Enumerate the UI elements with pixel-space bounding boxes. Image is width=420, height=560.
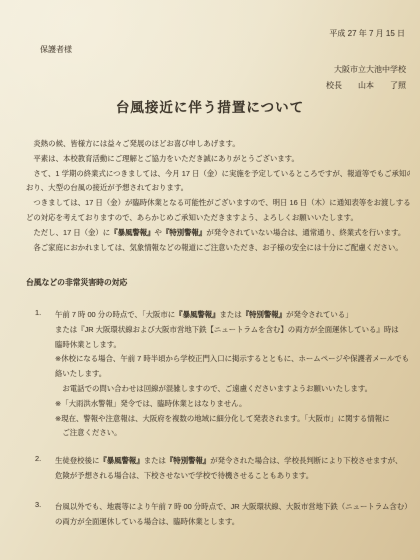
list-item: 2. 生徒登校後に『暴風警報』または『特別警報』が発令された場合は、学校長判断に… — [26, 454, 410, 484]
list-item-body: 午前 7 時 00 分の時点で、「大阪市に『暴風警報』または『特別警報』が発令さ… — [55, 308, 410, 441]
sender-block: 大阪市立大池中学校 校長 山本 了照 — [326, 62, 406, 94]
recipient-label: 保護者様 — [40, 44, 72, 55]
text-line: 台風以外でも、地震等により午前 7 時 00 分時点で、JR 大阪環状線、大阪市… — [55, 500, 410, 515]
text-line: 平素は、本校教育活動にご理解とご協力をいただき誠にありがとうございます。 — [26, 152, 410, 167]
text-line: さて、1 学期の終業式につきましては、今月 17 日（金）に実施を予定していると… — [26, 167, 410, 182]
list-item-body: 台風以外でも、地震等により午前 7 時 00 分時点で、JR 大阪環状線、大阪市… — [55, 500, 410, 530]
document-date: 平成 27 年 7 月 15 日 — [329, 28, 405, 39]
text-line: お電話での問い合わせは回線が混雑しますので、ご遠慮くださいますようお願いいたしま… — [55, 382, 410, 397]
text-line: ※「大雨洪水警報」発令では、臨時休業とはなりません。 — [55, 397, 410, 412]
text-line: 臨時休業とします。 — [55, 338, 410, 353]
text-line: 炎熱の候、皆様方には益々ご発展のほどお喜び申しあげます。 — [26, 137, 410, 152]
numbered-list: 1. 午前 7 時 00 分の時点で、「大阪市に『暴風警報』または『特別警報』が… — [26, 308, 410, 542]
sender-school-name: 大阪市立大池中学校 — [326, 62, 406, 78]
list-item-number: 3. — [35, 500, 55, 530]
text-line: 生徒登校後に『暴風警報』または『特別警報』が発令された場合は、学校長判断により下… — [55, 454, 410, 469]
intro-paragraphs: 炎熱の候、皆様方には益々ご発展のほどお喜び申しあげます。 平素は、本校教育活動に… — [26, 137, 410, 255]
text-line: つきましては、17 日（金）が臨時休業となる可能性がございますので、明日 16 … — [26, 196, 410, 211]
list-item: 3. 台風以外でも、地震等により午前 7 時 00 分時点で、JR 大阪環状線、… — [26, 500, 410, 530]
list-item-number: 2. — [35, 454, 55, 484]
text-line: 絡いたします。 — [55, 367, 410, 382]
sender-principal-name: 校長 山本 了照 — [326, 78, 406, 94]
list-item-number: 1. — [35, 308, 55, 441]
text-line: どの対応を考えておりますので、あらかじめご承知いただきますよう、よろしくお願いい… — [26, 211, 410, 226]
document-page: 平成 27 年 7 月 15 日 保護者様 大阪市立大池中学校 校長 山本 了照… — [0, 0, 420, 560]
section-heading: 台風などの非常災害時の対応 — [26, 277, 127, 288]
text-line: おり、大型の台風の接近が予想されております。 — [26, 181, 410, 196]
text-line: 各ご家庭におかれましては、気象情報などの報道にご注意いただき、お子様の安全には十… — [26, 241, 410, 256]
text-line: または『JR 大阪環状線および大阪市営地下鉄【ニュートラムを含む】の両方が全面運… — [55, 323, 410, 338]
text-line: ※休校になる場合、午前 7 時半頃から学校正門入口に掲示するとともに、ホームペー… — [55, 352, 410, 367]
text-line: ただし、17 日（金）に『暴風警報』や『特別警報』が発令されていない場合は、通常… — [26, 226, 410, 241]
text-line: 危険が予想される場合は、下校させないで学校で待機させることもあります。 — [55, 469, 410, 484]
list-item: 1. 午前 7 時 00 分の時点で、「大阪市に『暴風警報』または『特別警報』が… — [26, 308, 410, 441]
list-item-body: 生徒登校後に『暴風警報』または『特別警報』が発令された場合は、学校長判断により下… — [55, 454, 410, 484]
text-line: ※現在、警報や注意報は、大阪府を複数の地域に細分化して発表されます。「大阪市」に… — [55, 412, 410, 427]
document-title: 台風接近に伴う措置について — [0, 96, 420, 116]
text-line: の両方が全面運休している場合は、臨時休業とします。 — [55, 515, 410, 530]
text-line: ご注意ください。 — [55, 426, 410, 441]
text-line: 午前 7 時 00 分の時点で、「大阪市に『暴風警報』または『特別警報』が発令さ… — [55, 308, 410, 323]
